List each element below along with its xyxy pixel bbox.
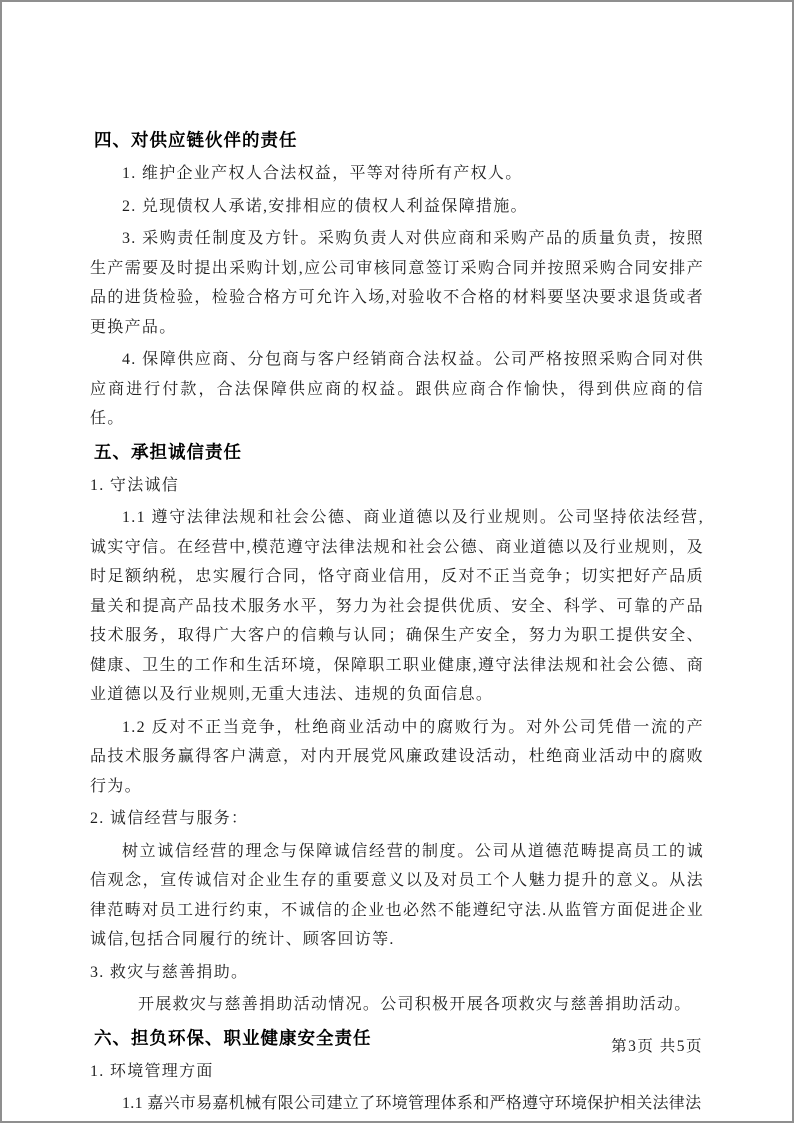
body-paragraph: 2. 兑现债权人承诺,安排相应的债权人利益保障措施。 [90,192,704,222]
document-page: 四、对供应链伙伴的责任 1. 维护企业产权人合法权益，平等对待所有产权人。 2.… [0,0,794,1123]
page-footer: 第3页 共5页 [611,1036,703,1058]
body-paragraph: 3. 采购责任制度及方针。采购负责人对供应商和采购产品的质量负责，按照生产需要及… [90,224,704,342]
body-paragraph: 1.2 反对不正当竞争，杜绝商业活动中的腐败行为。对外公司凭借一流的产品技术服务… [90,713,704,802]
list-item-disaster-charity: 3. 救灾与慈善捐助。 [90,958,704,988]
list-item-law-abiding: 1. 守法诚信 [90,471,704,501]
list-item-environment-management: 1. 环境管理方面 [90,1057,704,1087]
section-heading-integrity: 五、承担诚信责任 [94,437,704,467]
page-number-indicator: 第3页 共5页 [611,1038,703,1055]
document-content: 四、对供应链伙伴的责任 1. 维护企业产权人合法权益，平等对待所有产权人。 2.… [90,122,704,1122]
list-item-honest-operation: 2. 诚信经营与服务： [90,804,704,834]
body-paragraph: 1.1 遵守法律法规和社会公德、商业道德以及行业规则。公司坚持依法经营,诚实守信… [90,503,704,710]
body-paragraph: 开展救灾与慈善捐助活动情况。公司积极开展各项救灾与慈善捐助活动。 [90,990,704,1020]
body-paragraph: 1. 维护企业产权人合法权益，平等对待所有产权人。 [90,159,704,189]
body-paragraph: 1.1 嘉兴市易嘉机械有限公司建立了环境管理体系和严格遵守环境保护相关法律法 [90,1089,704,1119]
body-paragraph: 4. 保障供应商、分包商与客户经销商合法权益。公司严格按照采购合同对供应商进行付… [90,345,704,434]
section-heading-supply-chain: 四、对供应链伙伴的责任 [94,125,704,155]
body-paragraph: 树立诚信经营的理念与保障诚信经营的制度。公司从道德范畴提高员工的诚信观念，宣传诚… [90,837,704,955]
